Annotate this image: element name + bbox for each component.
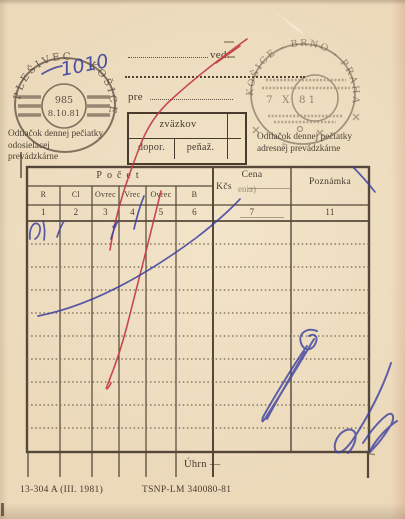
handwriting-overlay: 1010 bbox=[0, 0, 405, 519]
pen-stroke-blue bbox=[30, 66, 375, 316]
scanned-postal-form: ved. pre Odtlačok dennej pečiatky odosie… bbox=[0, 0, 405, 519]
handwritten-number: 1010 bbox=[59, 50, 111, 81]
signature-scribble bbox=[262, 330, 397, 453]
